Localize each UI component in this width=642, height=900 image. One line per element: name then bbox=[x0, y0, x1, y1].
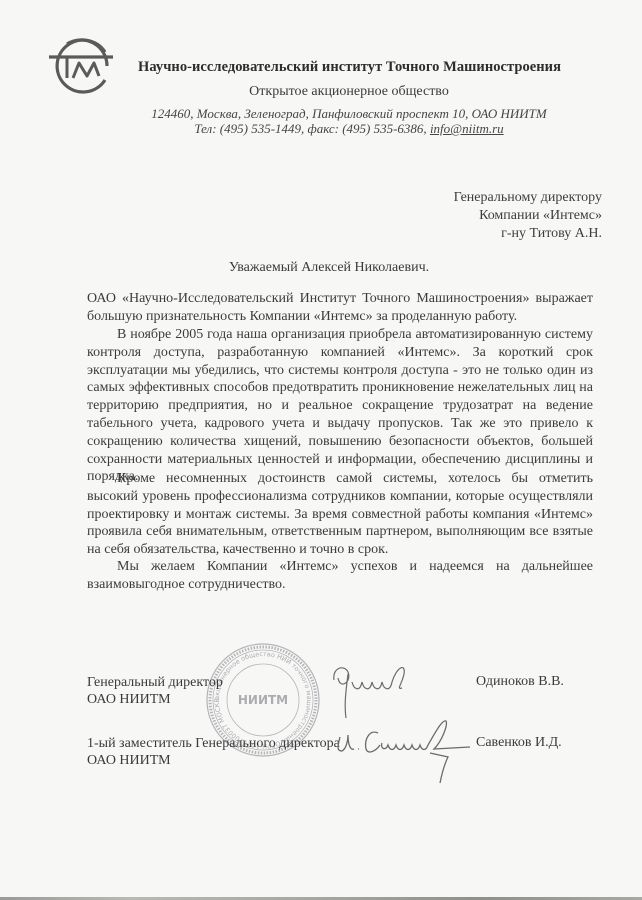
paragraph-text: ОАО «Научно-Исследовательский Институт Т… bbox=[87, 290, 593, 326]
signature-1-icon bbox=[326, 660, 426, 720]
signatory-1-name: Одиноков В.В. bbox=[476, 674, 564, 690]
recipient-company: Компании «Интемс» bbox=[454, 207, 602, 225]
org-type: Открытое акционерное общество bbox=[0, 84, 642, 100]
signatory-org: ОАО НИИТМ bbox=[87, 691, 223, 708]
paragraph-text: Мы желаем Компании «Интемс» успехов и на… bbox=[87, 558, 593, 594]
svg-text:НИИТМ: НИИТМ bbox=[238, 693, 288, 707]
recipient-position: Генеральному директору bbox=[454, 189, 602, 207]
contacts-phone-fax: Тел: (495) 535-1449, факс: (495) 535-638… bbox=[194, 121, 430, 136]
body-paragraph: В ноябре 2005 года наша организация прио… bbox=[87, 326, 593, 486]
recipient-name: г-ну Титову А.Н. bbox=[454, 225, 602, 243]
salutation: Уважаемый Алексей Николаевич. bbox=[0, 260, 642, 276]
signatory-org: ОАО НИИТМ bbox=[87, 752, 340, 769]
org-address: 124460, Москва, Зеленоград, Панфиловский… bbox=[0, 106, 642, 122]
signatory-position: Генеральный директор bbox=[87, 674, 223, 691]
body-paragraph: Мы желаем Компании «Интемс» успехов и на… bbox=[87, 558, 593, 594]
body-paragraph: ОАО «Научно-Исследовательский Институт Т… bbox=[87, 290, 593, 326]
email-link[interactable]: info@niitm.ru bbox=[430, 121, 504, 136]
paragraph-text: В ноябре 2005 года наша организация прио… bbox=[87, 326, 593, 486]
signatory-2-title: 1-ый заместитель Генерального директора … bbox=[87, 735, 340, 769]
paragraph-text: Кроме несомненных достоинств самой систе… bbox=[87, 470, 593, 559]
signature-2-icon bbox=[330, 715, 490, 785]
org-name: Научно-исследовательский институт Точног… bbox=[138, 59, 561, 76]
org-contacts: Тел: (495) 535-1449, факс: (495) 535-638… bbox=[0, 121, 642, 137]
signatory-1-title: Генеральный директор ОАО НИИТМ bbox=[87, 674, 223, 708]
body-paragraph: Кроме несомненных достоинств самой систе… bbox=[87, 470, 593, 559]
signatory-2-name: Савенков И.Д. bbox=[476, 735, 562, 751]
letter-page: Научно-исследовательский институт Точног… bbox=[0, 0, 642, 897]
recipient-block: Генеральному директору Компании «Интемс»… bbox=[454, 189, 602, 243]
signatory-position: 1-ый заместитель Генерального директора bbox=[87, 735, 340, 752]
